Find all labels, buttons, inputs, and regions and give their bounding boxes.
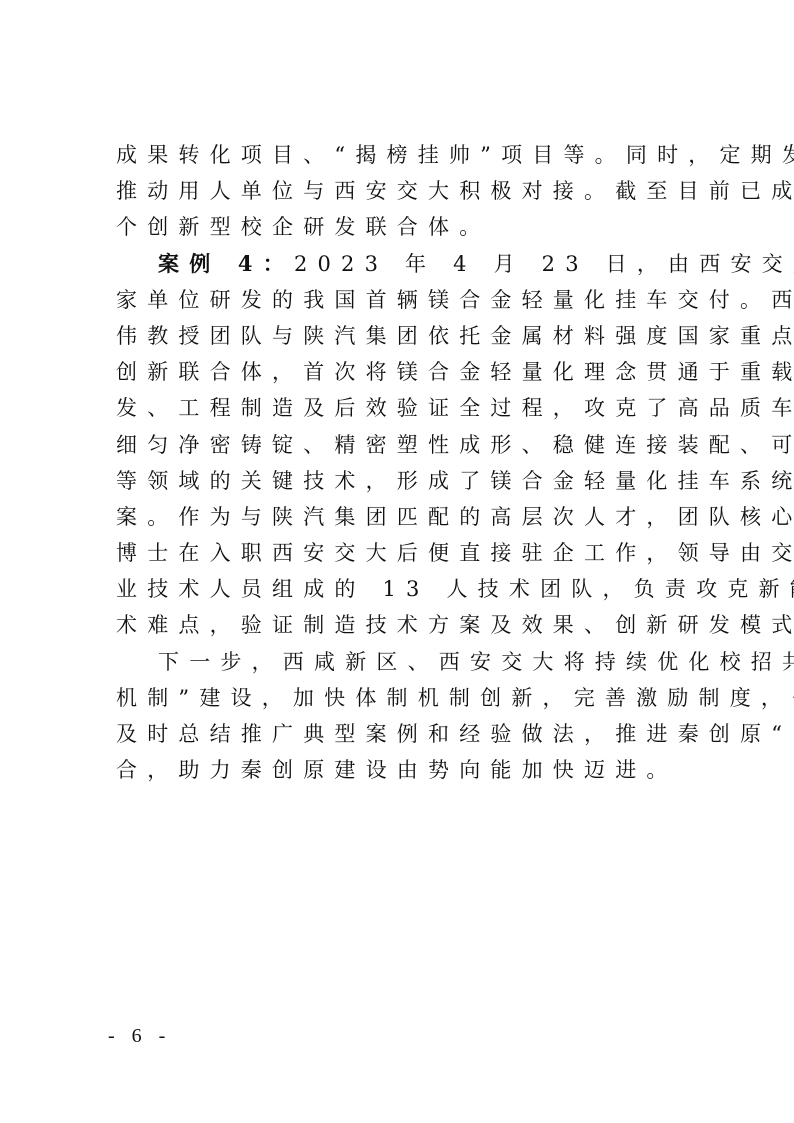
text-line: 发、工程制造及后效验证全过程，攻克了高品质车用镁合金在 xyxy=(116,390,690,426)
text-line: 成果转化项目、“揭榜挂帅”项目等。同时，定期发布项目清单， xyxy=(116,137,690,173)
text-line-rest: 2023 年 4 月 23 日，由西安交大联合陕汽集团等多 xyxy=(294,252,794,276)
text-line: 博士在入职西安交大后便直接驻企工作，领导由交大师生和企 xyxy=(116,535,690,571)
case-label: 案例 4： xyxy=(158,251,294,276)
text-line: 机制”建设，加快体制机制创新，完善激励制度，优化政策体系， xyxy=(116,680,690,716)
text-line-first: 案例 4：2023 年 4 月 23 日，由西安交大联合陕汽集团等多 xyxy=(116,246,690,282)
paragraph-continuation: 成果转化项目、“揭榜挂帅”项目等。同时，定期发布项目清单， 推动用人单位与西安交… xyxy=(116,137,690,246)
paragraph-next-steps: 下一步，西咸新区、西安交大将持续优化校招共用“三池一 机制”建设，加快体制机制创… xyxy=(116,644,690,789)
text-line: 及时总结推广典型案例和经验做法，推进秦创原“四链”深度融 xyxy=(116,716,690,752)
text-line: 案。作为与陕汽集团匹配的高层次人才，团队核心专家王文毅 xyxy=(116,499,690,535)
text-line: 家单位研发的我国首辆镁合金轻量化挂车交付。西安交大单智 xyxy=(116,282,690,318)
text-line: 合，助力秦创原建设由势向能加快迈进。 xyxy=(116,752,690,788)
paragraph-case-4: 案例 4：2023 年 4 月 23 日，由西安交大联合陕汽集团等多 家单位研发… xyxy=(116,246,690,644)
text-line: 细匀净密铸锭、精密塑性成形、稳健连接装配、可控高效防护 xyxy=(116,427,690,463)
text-line: 推动用人单位与西安交大积极对接。截至目前已成功匹配 212 xyxy=(116,173,690,209)
text-line: 个创新型校企研发联合体。 xyxy=(116,209,690,245)
text-line: 等领域的关键技术，形成了镁合金轻量化挂车系统研发技术方 xyxy=(116,463,690,499)
text-line: 创新联合体，首次将镁合金轻量化理念贯通于重载卡车设计研 xyxy=(116,354,690,390)
text-line: 术难点，验证制造技术方案及效果、创新研发模式。 xyxy=(116,607,690,643)
page-number: - 6 - xyxy=(108,1025,171,1048)
text-line: 业技术人员组成的 13 人技术团队，负责攻克新能源车热管理技 xyxy=(116,571,690,607)
document-body: 成果转化项目、“揭榜挂帅”项目等。同时，定期发布项目清单， 推动用人单位与西安交… xyxy=(116,137,690,788)
text-line: 伟教授团队与陕汽集团依托金属材料强度国家重点实验室建成 xyxy=(116,318,690,354)
text-line: 下一步，西咸新区、西安交大将持续优化校招共用“三池一 xyxy=(116,644,690,680)
